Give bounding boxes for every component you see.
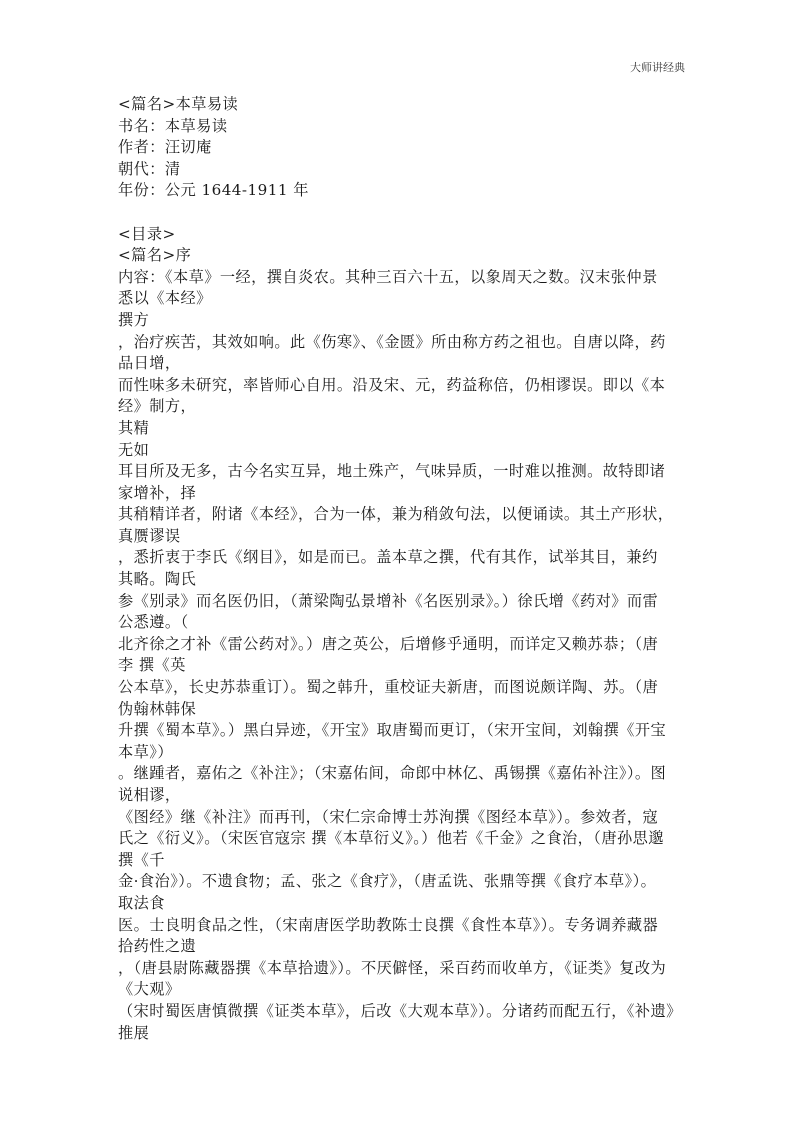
body-line: 拾药性之遗 bbox=[118, 936, 684, 958]
body-line: 经》制方， bbox=[118, 396, 684, 418]
toc-marker: <目录> bbox=[118, 224, 684, 246]
author: 作者：汪讱庵 bbox=[118, 137, 684, 159]
body-line: 其稍精详者，附诸《本经》，合为一体，兼为稍敛句法，以便诵读。其土产形状， bbox=[118, 504, 684, 526]
book-name: 书名：本草易读 bbox=[118, 116, 684, 138]
body-line: 伪翰林韩保 bbox=[118, 699, 684, 721]
body-line: 医。士良明食品之性，（宋南唐医学助教陈士良撰《食性本草》）。专务调养藏器 bbox=[118, 915, 684, 937]
body-line: 金·食治》）。不遗食物；孟、张之《食疗》，（唐孟诜、张鼎等撰《食疗本草》）。 bbox=[118, 871, 684, 893]
body-line: 无如 bbox=[118, 440, 684, 462]
body-line: 其精 bbox=[118, 418, 684, 440]
body-line: 撰方 bbox=[118, 310, 684, 332]
body-line: 北齐徐之才补《雷公药对》。）唐之英公，后增修乎通明，而详定又赖苏恭；（唐 bbox=[118, 634, 684, 656]
body-line: 而性味多未研究，率皆师心自用。沿及宋、元，药益称倍，仍相谬误。即以《本 bbox=[118, 375, 684, 397]
body-line: 家增补，择 bbox=[118, 483, 684, 505]
year-range: 年份：公元 1644-1911 年 bbox=[118, 180, 684, 202]
body-line: ，悉折衷于李氏《纲目》，如是而已。盖本草之撰，代有其作，试举其目，兼约 bbox=[118, 547, 684, 569]
body-line: 取法食 bbox=[118, 893, 684, 915]
body-line: 本草》） bbox=[118, 742, 684, 764]
body-line: 撰《千 bbox=[118, 850, 684, 872]
body-line: 李 撰《英 bbox=[118, 655, 684, 677]
body-line: （宋时蜀医唐慎微撰《证类本草》，后改《大观本草》）。分诸药而配五行，《补遗》 bbox=[118, 1001, 684, 1023]
body-line: 参《别录》而名医仍旧，（萧梁陶弘景增补《名医别录》。）徐氏增《药对》而雷 bbox=[118, 591, 684, 613]
body-line: 品日增， bbox=[118, 353, 684, 375]
body-line: 其略。陶氏 bbox=[118, 569, 684, 591]
page-header-label: 大师讲经典 bbox=[630, 59, 685, 75]
body-line: 升撰《蜀本草》。）黑白异迹，《开宝》取唐蜀而更订，（宋开宝间，刘翰撰《开宝 bbox=[118, 720, 684, 742]
body-line: 公悉遵。（ bbox=[118, 612, 684, 634]
body-line: 真赝谬误 bbox=[118, 526, 684, 548]
document-body: <篇名>本草易读 书名：本草易读 作者：汪讱庵 朝代：清 年份：公元 1644-… bbox=[118, 94, 684, 1044]
body-line: 说相谬， bbox=[118, 785, 684, 807]
body-line: 公本草》，长史苏恭重订）。蜀之韩升，重校证夫新唐，而图说颇详陶、苏。（唐 bbox=[118, 677, 684, 699]
body-line: 氏之《衍义》。（宋医官寇宗 撰《本草衍义》。）他若《千金》之食治，（唐孙思邈 bbox=[118, 828, 684, 850]
body-line: 推展 bbox=[118, 1023, 684, 1045]
body-line: 内容：《本草》一经，撰自炎农。其种三百六十五，以象周天之数。汉末张仲景 bbox=[118, 267, 684, 289]
section-title: <篇名>序 bbox=[118, 245, 684, 267]
body-line: 。继踵者，嘉佑之《补注》；（宋嘉佑间，命郎中林亿、禹锡撰《嘉佑补注》）。图 bbox=[118, 763, 684, 785]
body-line: 耳目所及无多，古今名实互异，地土殊产，气味异质，一时难以推测。故特即诸 bbox=[118, 461, 684, 483]
dynasty: 朝代：清 bbox=[118, 159, 684, 181]
body-line: 《大观》 bbox=[118, 979, 684, 1001]
body-line: 《图经》继《补注》而再刊，（宋仁宗命博士苏洵撰《图经本草》）。参效者，寇 bbox=[118, 807, 684, 829]
chapter-title: <篇名>本草易读 bbox=[118, 94, 684, 116]
body-line: ，（唐县尉陈藏器撰《本草拾遗》）。不厌僻怪，采百药而收单方，《证类》复改为 bbox=[118, 958, 684, 980]
body-line: 悉以《本经》 bbox=[118, 288, 684, 310]
blank-line bbox=[118, 202, 684, 224]
body-line: ，治疗疾苦，其效如响。此《伤寒》、《金匮》所由称方药之祖也。自唐以降，药 bbox=[118, 332, 684, 354]
